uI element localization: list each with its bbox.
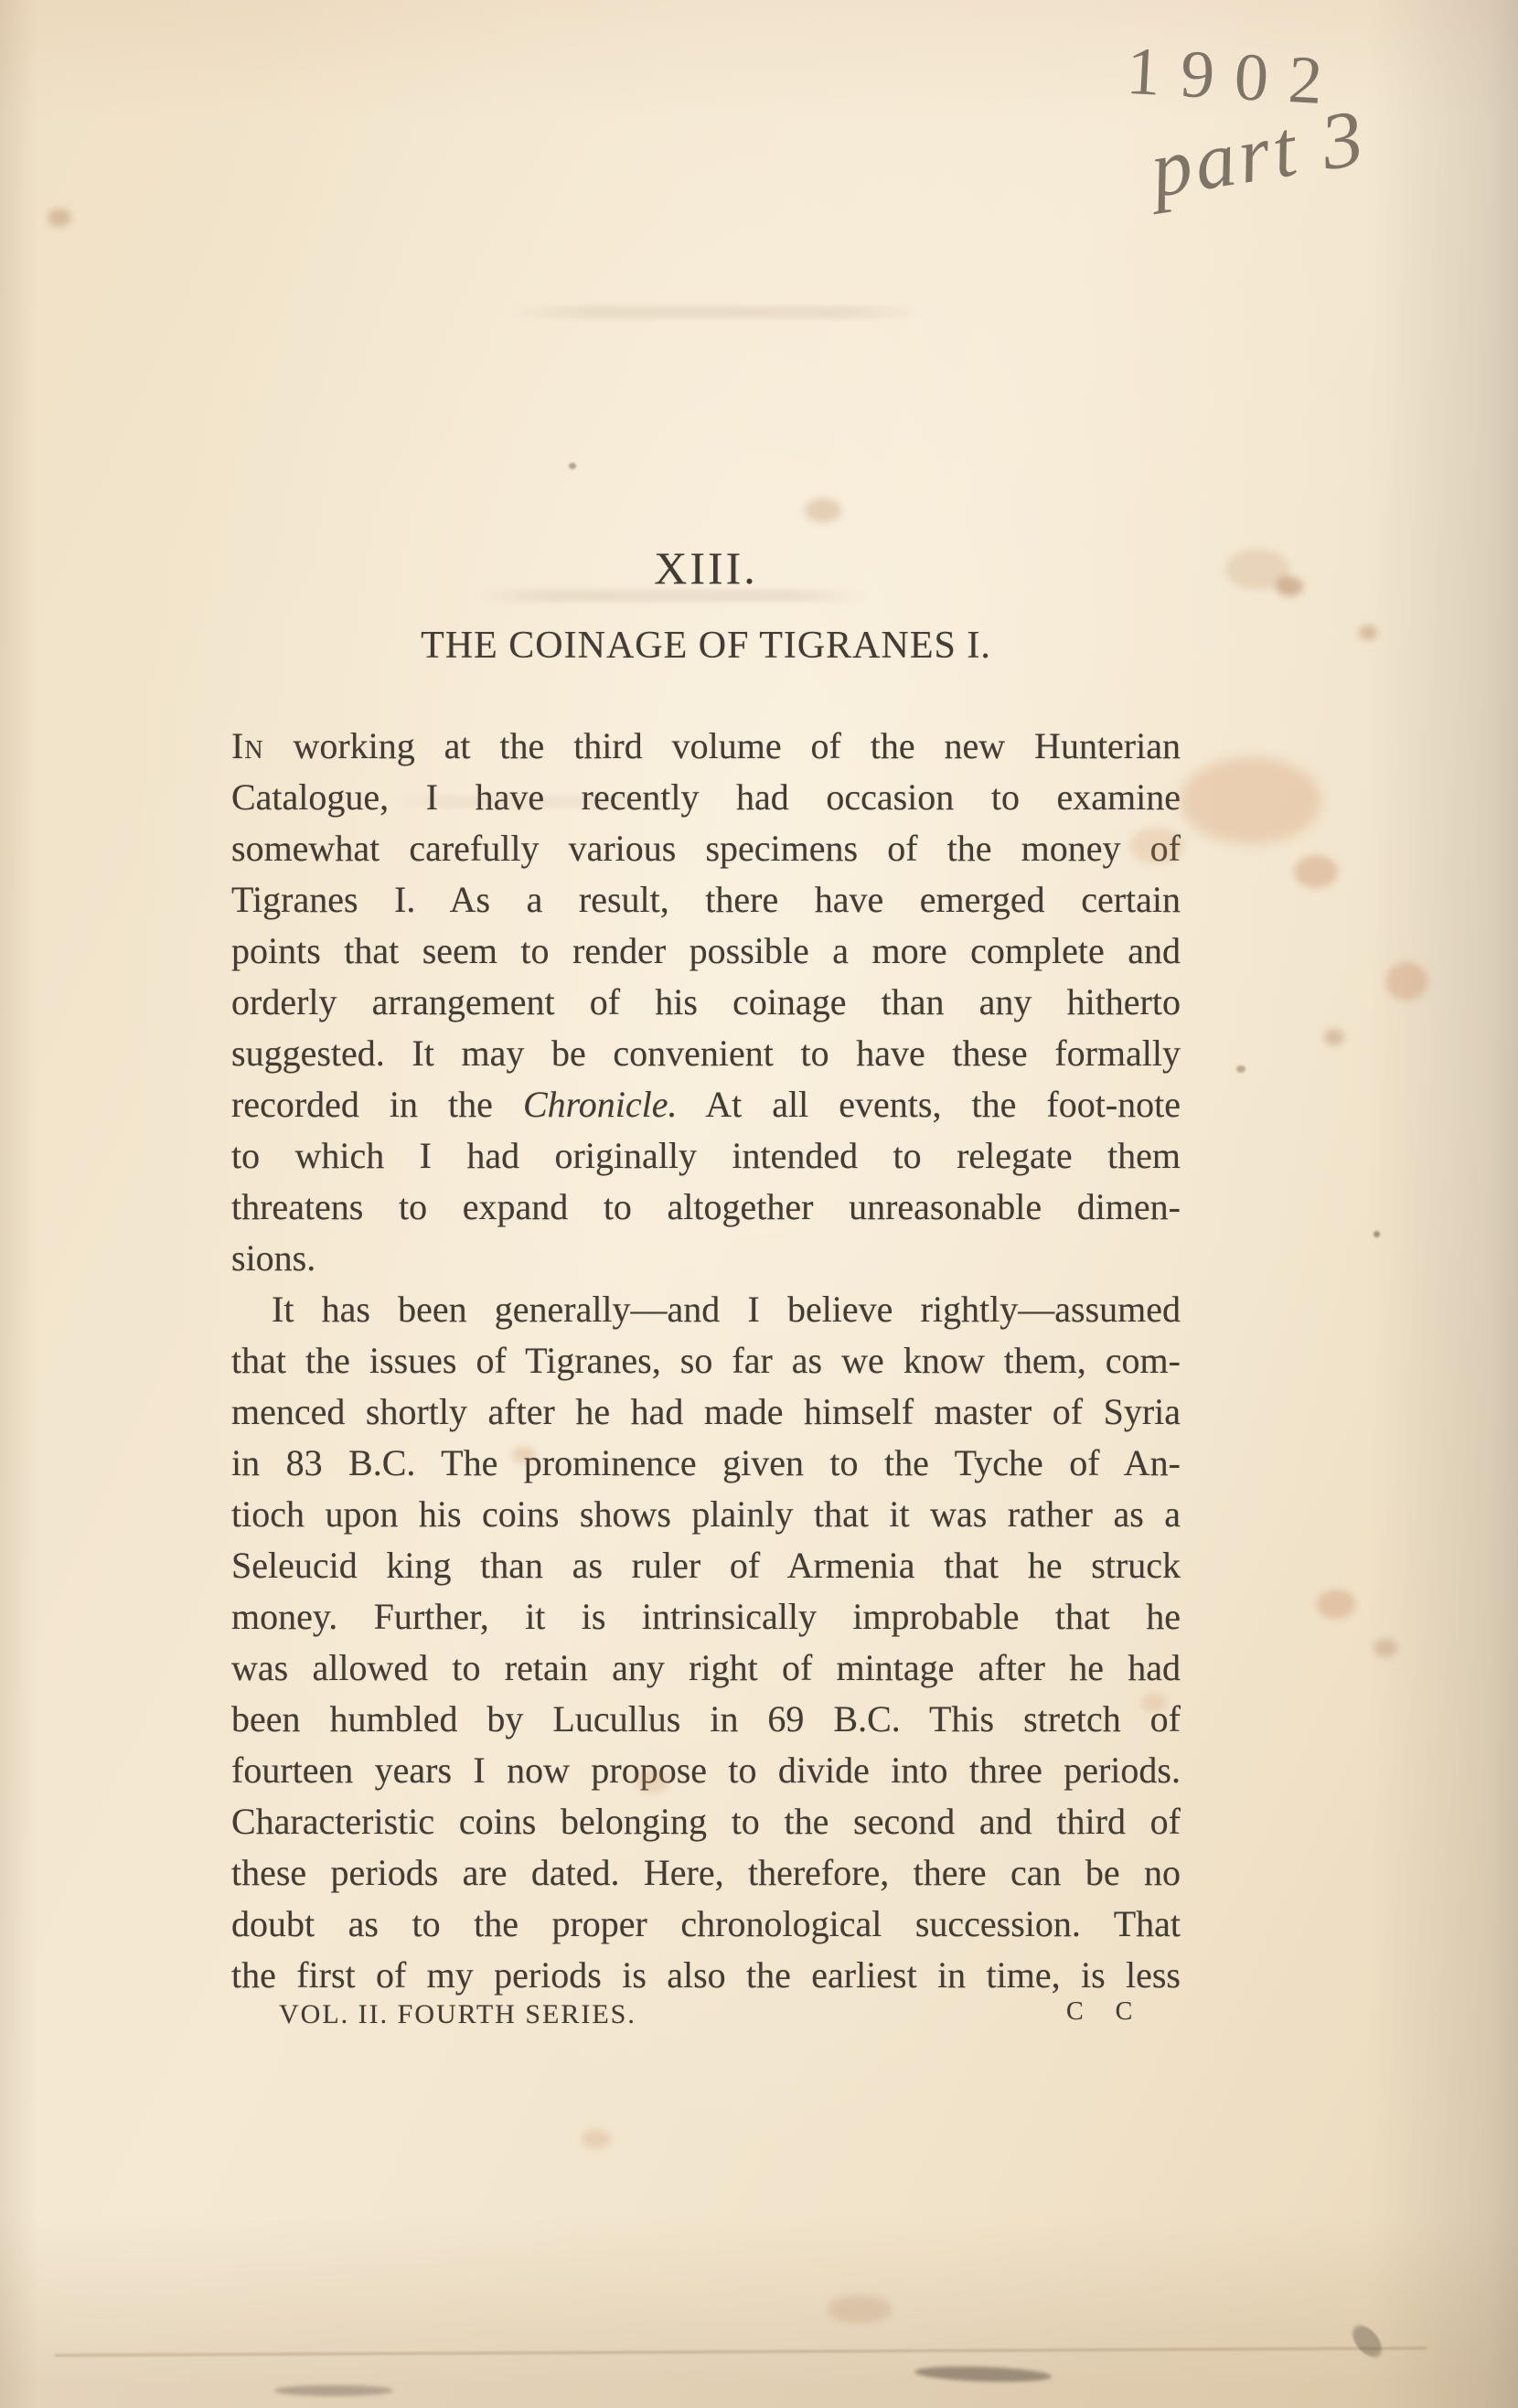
text-segment: working at the third volume of the new H… bbox=[264, 725, 1181, 766]
edge-smudge bbox=[1347, 2320, 1387, 2362]
text-line: to which I had originally intended to re… bbox=[231, 1130, 1181, 1182]
text-line: recorded in the Chronicle. At all events… bbox=[231, 1079, 1181, 1130]
text-line: orderly arrangement of his coinage than … bbox=[231, 977, 1181, 1028]
text-line: these periods are dated. Here, therefore… bbox=[231, 1847, 1181, 1899]
text-line: tioch upon his coins shows plainly that … bbox=[231, 1489, 1181, 1540]
foxing-stain bbox=[1317, 1589, 1355, 1619]
text-line: fourteen years I now propose to divide i… bbox=[231, 1745, 1181, 1796]
edge-smudge bbox=[914, 2364, 1052, 2383]
foxing-stain bbox=[828, 2296, 892, 2323]
foxing-stain bbox=[582, 2129, 611, 2149]
scanned-page-canvas: { "colors": { "paper": "#f2e5cd", "ink":… bbox=[0, 0, 1518, 2408]
text-line: Catalogue, I have recently had occasion … bbox=[231, 772, 1181, 823]
show-through-ghost-line bbox=[512, 306, 924, 318]
foxing-stain bbox=[1225, 549, 1289, 590]
section-numeral: XIII. bbox=[231, 541, 1181, 594]
foxing-speck bbox=[1374, 1231, 1380, 1237]
foxing-stain bbox=[1385, 962, 1427, 1001]
text-line: doubt as to the proper chronological suc… bbox=[231, 1899, 1181, 1950]
text-line: Characteristic coins belonging to the se… bbox=[231, 1796, 1181, 1847]
text-line: the first of my periods is also the earl… bbox=[231, 1950, 1181, 2001]
text-line: Tigranes I. As a result, there have emer… bbox=[231, 874, 1181, 926]
text-line: somewhat carefully various specimens of … bbox=[231, 823, 1181, 874]
text-line: threatens to expand to altogether unreas… bbox=[231, 1182, 1181, 1233]
text-line: In working at the third volume of the ne… bbox=[231, 721, 1181, 772]
body-text: In working at the third volume of the ne… bbox=[231, 721, 1181, 2001]
text-line: Seleucid king than as ruler of Armenia t… bbox=[231, 1540, 1181, 1591]
text-line: money. Further, it is intrinsically impr… bbox=[231, 1591, 1181, 1643]
foxing-stain bbox=[1180, 757, 1321, 844]
foxing-stain bbox=[1294, 855, 1338, 888]
text-line: sions. bbox=[231, 1233, 1181, 1284]
text-line: that the issues of Tigranes, so far as w… bbox=[231, 1335, 1181, 1386]
italic-journal-name: Chronicle. bbox=[523, 1084, 678, 1125]
edge-smudge bbox=[274, 2385, 393, 2396]
text-line: in 83 B.C. The prominence given to the T… bbox=[231, 1438, 1181, 1489]
text-segment: recorded in the bbox=[231, 1084, 523, 1125]
foxing-stain bbox=[805, 498, 841, 522]
text-line: It has been generally—and I believe righ… bbox=[231, 1284, 1181, 1335]
foxing-stain bbox=[48, 209, 71, 227]
bottom-crease-line bbox=[55, 2347, 1427, 2357]
foxing-speck bbox=[569, 463, 576, 469]
text-line: been humbled by Lucullus in 69 B.C. This… bbox=[231, 1694, 1181, 1745]
text-line: suggested. It may be convenient to have … bbox=[231, 1028, 1181, 1079]
text-line: points that seem to render possible a mo… bbox=[231, 926, 1181, 977]
foxing-stain bbox=[1374, 1639, 1397, 1657]
foxing-stain bbox=[1276, 576, 1303, 596]
text-segment: At all events, the foot-note bbox=[677, 1084, 1181, 1125]
foxing-stain bbox=[1359, 626, 1377, 640]
scanned-paper-page: 1902 part 3 XIII. THE COINAGE OF TIGRANE… bbox=[0, 0, 1518, 2408]
text-line: was allowed to retain any right of minta… bbox=[231, 1643, 1181, 1694]
signature-mark: C C bbox=[1066, 1997, 1145, 2027]
text-line: menced shortly after he had made himself… bbox=[231, 1386, 1181, 1438]
foxing-stain bbox=[1324, 1029, 1344, 1045]
volume-footer: VOL. II. FOURTH SERIES. bbox=[279, 1999, 636, 2030]
leading-small-caps: In bbox=[231, 725, 264, 766]
foxing-speck bbox=[1236, 1065, 1245, 1073]
article-title: THE COINAGE OF TIGRANES I. bbox=[231, 624, 1181, 668]
